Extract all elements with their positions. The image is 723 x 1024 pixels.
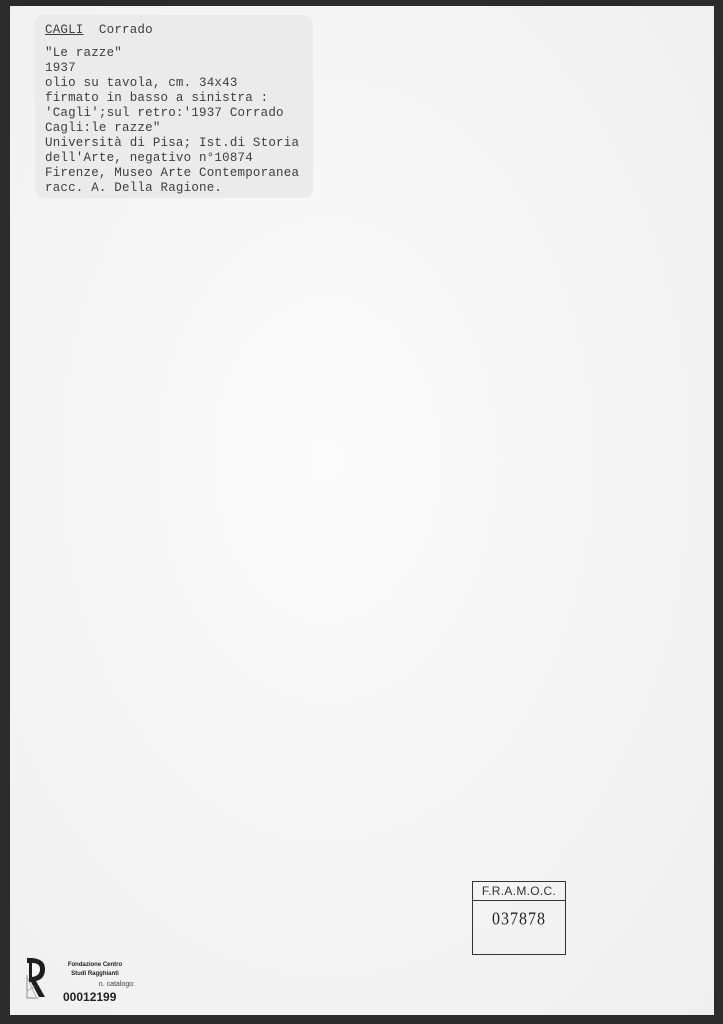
artist-surname: CAGLI <box>45 23 84 37</box>
typewritten-label-card: CAGLI Corrado "Le razze" 1937 olio su ta… <box>35 15 313 198</box>
artist-name: CAGLI Corrado <box>45 23 153 38</box>
foundation-name-line1: Fondazione Centro <box>55 961 135 970</box>
artwork-title: "Le razze" <box>45 46 122 61</box>
catalog-label: n. catalogo: <box>55 980 135 989</box>
foundation-caption: Fondazione Centro Studi Ragghianti n. ca… <box>55 961 135 1004</box>
foundation-name-line2: Studi Ragghianti <box>55 970 135 979</box>
artwork-signature-cont: 'Cagli';sul retro:'1937 Corrado <box>45 106 284 121</box>
artwork-location: Firenze, Museo Arte Contemporanea <box>45 166 299 181</box>
photo-verso-sheet: CAGLI Corrado "Le razze" 1937 olio su ta… <box>10 6 714 1015</box>
ragghianti-r-logo-icon <box>24 955 48 1001</box>
artwork-signature-cont2: Cagli:le razze" <box>45 121 161 136</box>
artwork-collection: racc. A. Della Ragione. <box>45 181 222 196</box>
stamp-number: 037878 <box>473 910 565 931</box>
photo-source: Università di Pisa; Ist.di Storia <box>45 136 299 151</box>
artist-first-name: Corrado <box>99 23 153 37</box>
stamp-header: F.R.A.M.O.C. <box>473 882 565 901</box>
framoc-stamp: F.R.A.M.O.C. 037878 <box>472 881 566 955</box>
artwork-medium: olio su tavola, cm. 34x43 <box>45 76 238 91</box>
artwork-year: 1937 <box>45 61 76 76</box>
catalog-number: 00012199 <box>55 990 135 1004</box>
photo-negative: dell'Arte, negativo n°10874 <box>45 151 253 166</box>
artwork-signature: firmato in basso a sinistra : <box>45 91 268 106</box>
